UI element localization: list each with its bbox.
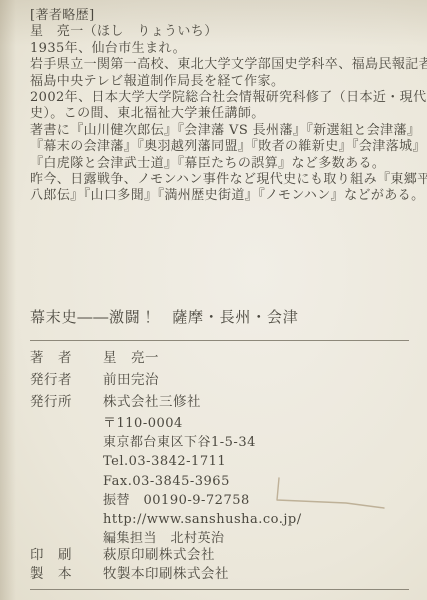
bio-line: 『白虎隊と会津武士道』『幕臣たちの誤算』など多数ある。 <box>30 156 422 172</box>
colophon-row-issuer: 発行者 前田完治 <box>30 370 201 392</box>
row-value: 牧製本印刷株式会社 <box>103 565 229 584</box>
bio-line: 岩手県立一関第一高校、東北大学文学部国史学科卒、福島民報記者、 <box>30 57 422 73</box>
address: 東京都台東区下谷1-5-34 <box>103 433 302 452</box>
publisher-url: http://www.sanshusha.co.jp/ <box>103 510 302 529</box>
row-value: 株式会社三修社 <box>103 392 201 414</box>
bio-heading: [著者略歴] <box>30 8 422 24</box>
bio-line: 昨今、日露戦争、ノモンハン事件など現代史にも取り組み『東郷平 <box>30 172 422 188</box>
production-rows: 印 刷 萩原印刷株式会社 製 本 牧製本印刷株式会社 <box>30 546 229 584</box>
colophon-row-binding: 製 本 牧製本印刷株式会社 <box>30 565 229 584</box>
row-label: 著 者 <box>30 348 103 370</box>
author-bio-section: [著者略歴] 星 亮一（ほし りょういち） 1935年、仙台市生まれ。 岩手県立… <box>30 8 422 205</box>
bio-line: 『幕末の会津藩』『奥羽越列藩同盟』『敗者の維新史』『会津落城』 <box>30 139 422 155</box>
telephone: Tel.03-3842-1711 <box>103 452 302 471</box>
postal-transfer-account: 振替 00190-9-72758 <box>103 491 302 510</box>
colophon-main-rows: 著 者 星 亮一 発行者 前田完治 発行所 株式会社三修社 <box>30 348 201 413</box>
divider-bottom <box>30 589 409 590</box>
bio-line: 八郎伝』『山口多聞』『満州歴史街道』『ノモンハン』などがある。 <box>30 188 422 204</box>
bio-line: 福島中央テレビ報道制作局長を経て作家。 <box>30 74 422 90</box>
colophon-row-printing: 印 刷 萩原印刷株式会社 <box>30 546 229 565</box>
book-title: 幕末史――激闘！ 薩摩・長州・会津 <box>30 306 299 327</box>
fax: Fax.03-3845-3965 <box>103 472 302 491</box>
divider-top <box>30 340 409 341</box>
row-label: 製 本 <box>30 565 103 584</box>
row-value: 前田完治 <box>103 370 159 392</box>
bio-line: 1935年、仙台市生まれ。 <box>30 41 422 57</box>
row-value: 萩原印刷株式会社 <box>103 546 215 565</box>
row-value: 星 亮一 <box>103 348 159 370</box>
bio-line: 著書に『山川健次郎伝』『会津藩 VS 長州藩』『新選組と会津藩』 <box>30 123 422 139</box>
bio-author-name: 星 亮一（ほし りょういち） <box>30 24 422 40</box>
colophon-row-author: 著 者 星 亮一 <box>30 348 201 370</box>
row-label: 印 刷 <box>30 546 103 565</box>
postal-code: 〒110-0004 <box>103 414 302 433</box>
bio-line: 2002年、日本大学大学院総合社会情報研究科修了（日本近・現代 <box>30 90 422 106</box>
bio-line: 史）。この間、東北福祉大学兼任講師。 <box>30 106 422 122</box>
colophon-row-publisher: 発行所 株式会社三修社 <box>30 392 201 414</box>
publisher-details: 〒110-0004 東京都台東区下谷1-5-34 Tel.03-3842-171… <box>103 414 302 548</box>
row-label: 発行所 <box>30 392 103 414</box>
row-label: 発行者 <box>30 370 103 392</box>
book-colophon-page: [著者略歴] 星 亮一（ほし りょういち） 1935年、仙台市生まれ。 岩手県立… <box>0 0 427 600</box>
